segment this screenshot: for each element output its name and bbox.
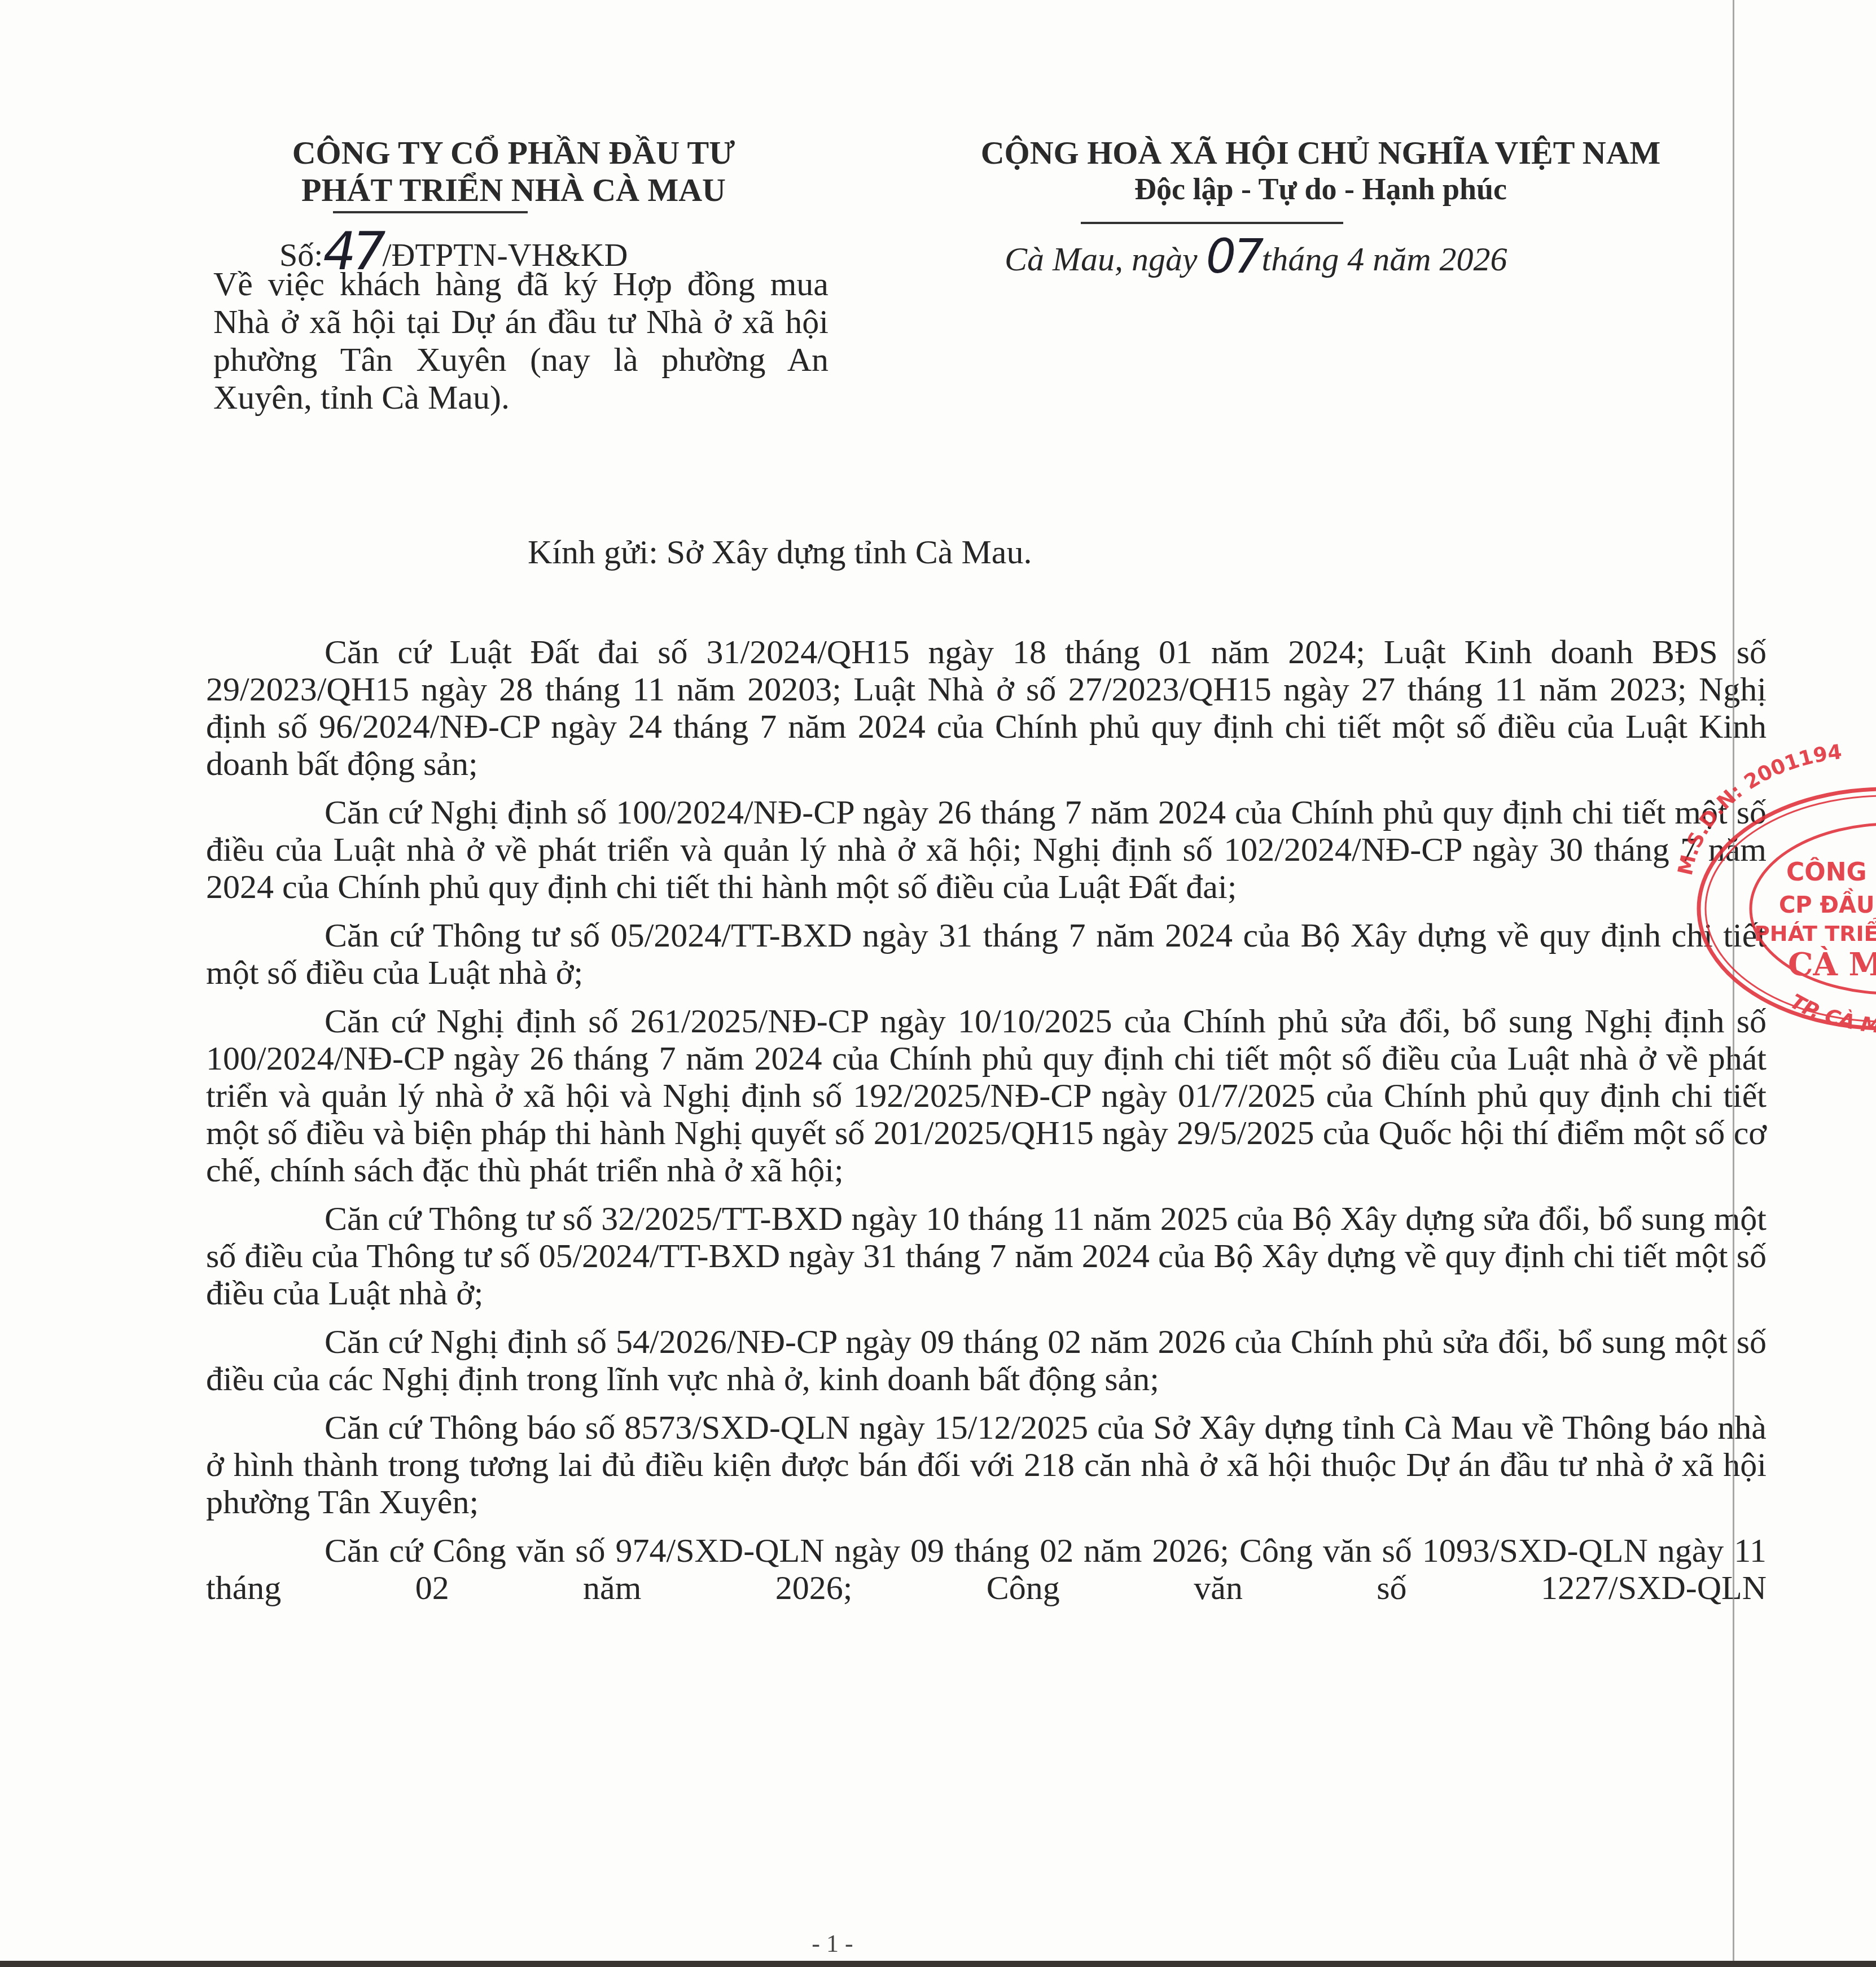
svg-text:PHÁT TRIỂ: PHÁT TRIỂ [1754, 918, 1876, 946]
scan-bottom-edge [0, 1961, 1876, 1967]
company-underline [333, 211, 528, 213]
svg-text:CP ĐẦU: CP ĐẦU [1779, 888, 1875, 918]
document-date: Cà Mau, ngày 07tháng 4 năm 2026 [1005, 234, 1507, 279]
legal-basis-paragraph: Căn cứ Nghị định số 100/2024/NĐ-CP ngày … [206, 794, 1767, 905]
company-name-line2: PHÁT TRIỂN NHÀ CÀ MAU [192, 172, 835, 209]
date-day-handwritten: 07 [1206, 236, 1262, 276]
svg-text:TP. CÀ MAU -: TP. CÀ MAU - [1786, 990, 1876, 1039]
national-title: CỘNG HOÀ XÃ HỘI CHỦ NGHĨA VIỆT NAM [864, 134, 1778, 172]
page-number: - 1 - [0, 1929, 1665, 1958]
legal-basis-paragraph: Căn cứ Thông báo số 8573/SXD-QLN ngày 15… [206, 1409, 1767, 1521]
date-prefix: Cà Mau, ngày [1005, 240, 1206, 278]
legal-basis-paragraph: Căn cứ Luật Đất đai số 31/2024/QH15 ngày… [206, 633, 1767, 782]
document-body: Căn cứ Luật Đất đai số 31/2024/QH15 ngày… [206, 633, 1767, 1618]
seal-icon: M.S.D.N: 2001194 TP. CÀ MAU - CÔNG CP ĐẦ… [1693, 787, 1876, 1024]
legal-basis-paragraph: Căn cứ Công văn số 974/SXD-QLN ngày 09 t… [206, 1532, 1767, 1606]
company-name-line1: CÔNG TY CỔ PHẦN ĐẦU TƯ [192, 134, 835, 172]
date-suffix: tháng 4 năm 2026 [1262, 240, 1507, 278]
svg-text:CÔNG: CÔNG [1786, 857, 1867, 887]
recipient-line: Kính gửi: Sở Xây dựng tỉnh Cà Mau. [528, 532, 1032, 572]
national-header: CỘNG HOÀ XÃ HỘI CHỦ NGHĨA VIỆT NAM Độc l… [864, 134, 1778, 207]
document-subject: Về việc khách hàng đã ký Hợp đồng mua Nh… [213, 265, 829, 417]
svg-text:CÀ M: CÀ M [1788, 946, 1876, 983]
legal-basis-paragraph: Căn cứ Nghị định số 261/2025/NĐ-CP ngày … [206, 1002, 1767, 1189]
company-name: CÔNG TY CỔ PHẦN ĐẦU TƯ PHÁT TRIỂN NHÀ CÀ… [192, 134, 835, 209]
legal-basis-paragraph: Căn cứ Nghị định số 54/2026/NĐ-CP ngày 0… [206, 1323, 1767, 1398]
legal-basis-paragraph: Căn cứ Thông tư số 05/2024/TT-BXD ngày 3… [206, 917, 1767, 991]
company-seal: M.S.D.N: 2001194 TP. CÀ MAU - CÔNG CP ĐẦ… [1693, 787, 1876, 1024]
motto-underline [1081, 222, 1343, 224]
legal-basis-paragraph: Căn cứ Thông tư số 32/2025/TT-BXD ngày 1… [206, 1200, 1767, 1312]
national-motto: Độc lập - Tự do - Hạnh phúc [864, 172, 1778, 207]
